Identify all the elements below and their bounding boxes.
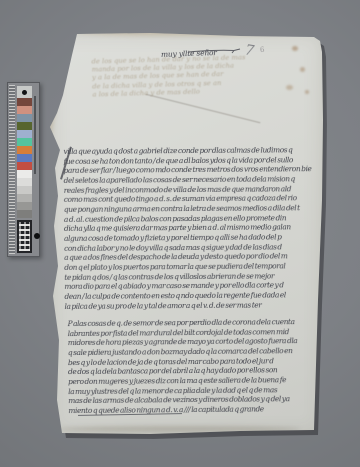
ruler-ticks	[9, 85, 15, 254]
color-patch-4	[17, 130, 32, 138]
stain-torn-edge	[38, 52, 63, 170]
color-calibration-strip	[7, 82, 40, 257]
grayscale-patch-0	[17, 170, 32, 178]
grayscale-patch-list	[17, 170, 32, 218]
strip-column	[17, 86, 32, 253]
heading-flourish-arrow-icon	[188, 39, 242, 45]
color-patch-0	[17, 98, 32, 106]
stain-top-edge	[76, 28, 291, 36]
foxing-spot	[300, 67, 305, 72]
color-patch-8	[17, 162, 32, 170]
grayscale-patch-4	[17, 202, 32, 210]
foxing-spot	[286, 85, 293, 90]
grayscale-patch-2	[17, 186, 32, 194]
barcode-grid-icon	[19, 222, 30, 251]
strip-top-panel	[17, 86, 32, 98]
grayscale-patch-5	[17, 210, 32, 218]
text-line-12: don q el plato y los puertos para tomar …	[64, 261, 317, 272]
color-patch-3	[17, 122, 32, 130]
grayscale-patch-3	[17, 194, 32, 202]
color-patch-6	[17, 146, 32, 154]
manuscript-page: muy yllte señor 7 6 de los que se lo han…	[48, 30, 326, 438]
foxing-spot	[305, 90, 309, 94]
strip-shadow-line	[34, 96, 36, 174]
color-patch-7	[17, 154, 32, 162]
photo-backdrop: muy yllte señor 7 6 de los que se lo han…	[0, 0, 360, 467]
main-text-block-2: P alas cosas de q. de semor de sea por p…	[68, 317, 320, 419]
registration-dot-icon	[22, 90, 27, 95]
foxing-spot	[292, 46, 298, 51]
text-line-16: la pilca de ya su pro de la y tal de amo…	[65, 300, 318, 311]
color-patch-2	[17, 114, 32, 122]
registration-dot2-icon	[34, 233, 40, 239]
color-patch-5	[17, 138, 32, 146]
grayscale-patch-1	[17, 178, 32, 186]
text-line-15: dean / la culpa de contento en esto q nd…	[64, 290, 317, 301]
showthrough-text-block: de los que se lo han de dar y no se la d…	[91, 52, 274, 103]
color-patch-1	[17, 106, 32, 114]
barcode-block	[17, 220, 32, 253]
main-text-block-1: villa que ayuda q dost a gabriel dize co…	[63, 145, 317, 313]
color-patch-list	[17, 98, 32, 170]
